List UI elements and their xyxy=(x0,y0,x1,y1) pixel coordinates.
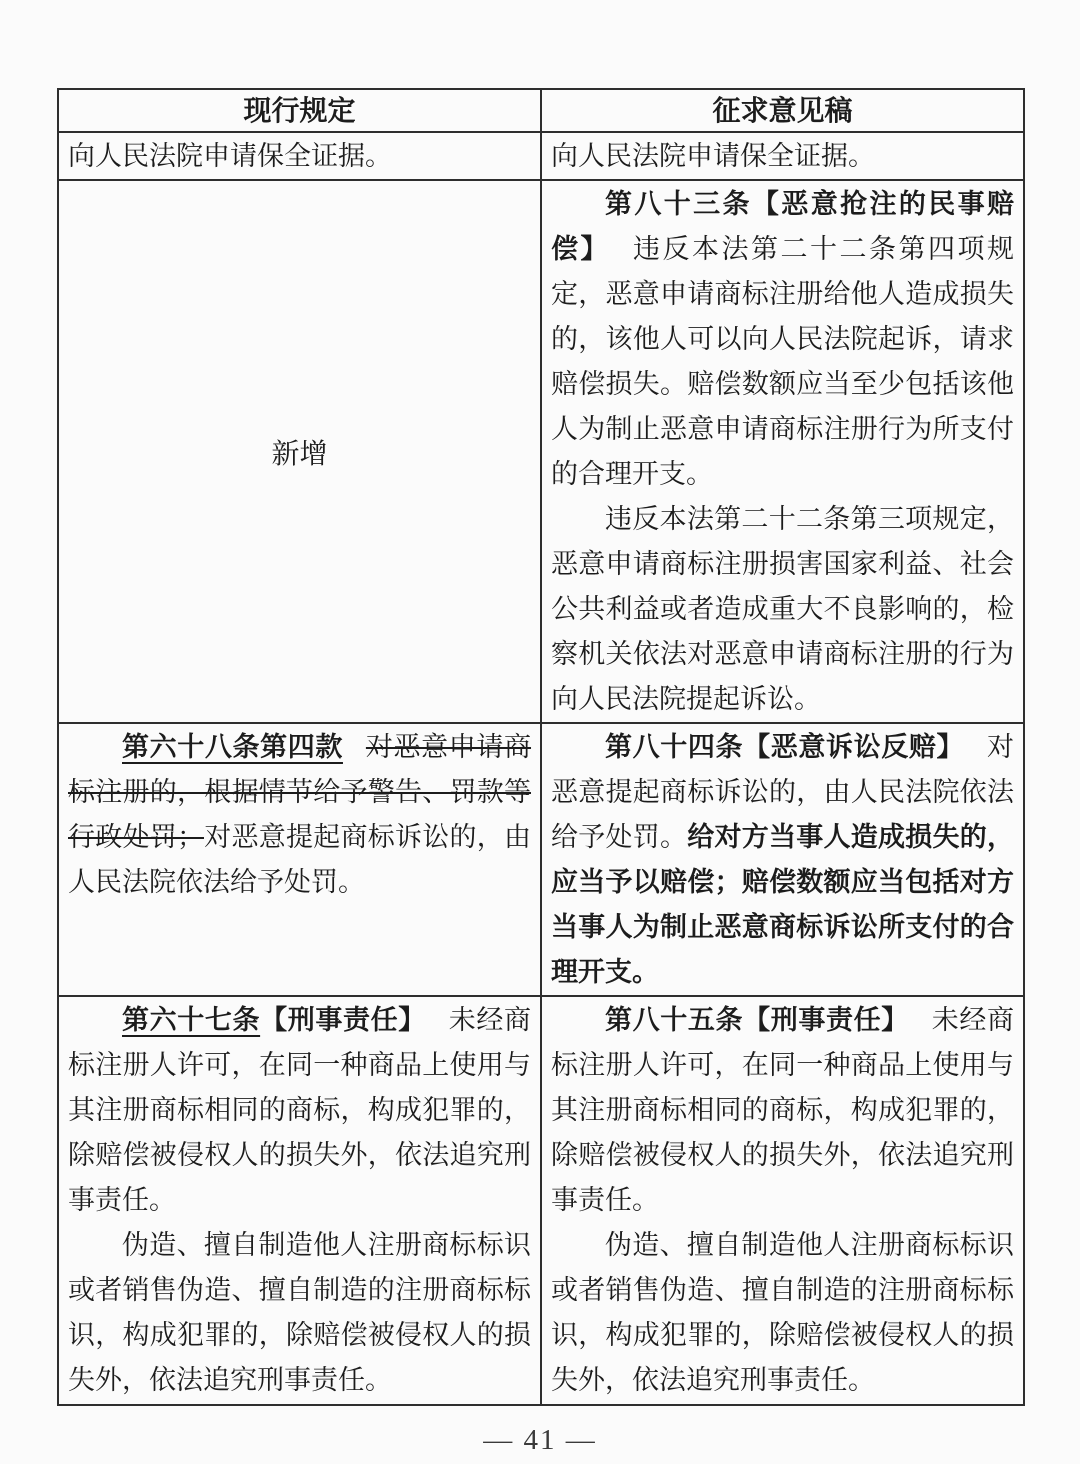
cell-current-article-68: 第六十八条第四款对恶意申请商标注册的，根据情节给予警告、罚款等行政处罚；对恶意提… xyxy=(58,723,541,996)
cell-draft-article-84: 第八十四条【恶意诉讼反赔】对恶意提起商标诉讼的，由人民法院依法给予处罚。给对方当… xyxy=(541,723,1024,996)
cell-current-new-label: 新增 xyxy=(58,180,541,723)
article-83-paragraph-1: 第八十三条【恶意抢注的民事赔偿】违反本法第二十二条第四项规定，恶意申请商标注册给… xyxy=(551,182,1014,497)
article-67-body-1: 未经商标注册人许可，在同一种商品上使用与其注册商标相同的商标，构成犯罪的，除赔偿… xyxy=(68,1005,531,1215)
article-83-paragraph-2: 违反本法第二十二条第三项规定，恶意申请商标注册损害国家利益、社会公共利益或者造成… xyxy=(551,497,1014,722)
cell-draft-article-83: 第八十三条【恶意抢注的民事赔偿】违反本法第二十二条第四项规定，恶意申请商标注册给… xyxy=(541,180,1024,723)
new-article-label: 新增 xyxy=(271,438,327,469)
cell-current-article-67: 第六十七条【刑事责任】未经商标注册人许可，在同一种商品上使用与其注册商标相同的商… xyxy=(58,996,541,1405)
article-85-heading: 第八十五条【刑事责任】 xyxy=(605,1005,909,1035)
article-84-heading: 第八十四条【恶意诉讼反赔】 xyxy=(605,732,964,762)
table-row-carryover: 向人民法院申请保全证据。 向人民法院申请保全证据。 xyxy=(58,132,1024,180)
article-67-bracket-title: 【刑事责任】 xyxy=(260,1005,426,1035)
table-row-malicious-litigation: 第六十八条第四款对恶意申请商标注册的，根据情节给予警告、罚款等行政处罚；对恶意提… xyxy=(58,723,1024,996)
cell-draft-article-85: 第八十五条【刑事责任】未经商标注册人许可，在同一种商品上使用与其注册商标相同的商… xyxy=(541,996,1024,1405)
table-row-new-article: 新增 第八十三条【恶意抢注的民事赔偿】违反本法第二十二条第四项规定，恶意申请商标… xyxy=(58,180,1024,723)
article-85-paragraph-2: 伪造、擅自制造他人注册商标标识或者销售伪造、擅自制造的注册商标标识，构成犯罪的，… xyxy=(551,1223,1014,1403)
cell-current-carryover: 向人民法院申请保全证据。 xyxy=(58,132,541,180)
article-84-paragraph: 第八十四条【恶意诉讼反赔】对恶意提起商标诉讼的，由人民法院依法给予处罚。给对方当… xyxy=(551,725,1014,995)
article-67-paragraph-1: 第六十七条【刑事责任】未经商标注册人许可，在同一种商品上使用与其注册商标相同的商… xyxy=(68,998,531,1223)
article-83-body: 违反本法第二十二条第四项规定，恶意申请商标注册给他人造成损失的，该他人可以向人民… xyxy=(551,234,1014,489)
article-85-body-1: 未经商标注册人许可，在同一种商品上使用与其注册商标相同的商标，构成犯罪的，除赔偿… xyxy=(551,1005,1014,1215)
column-header-draft: 征求意见稿 xyxy=(541,89,1024,132)
article-67-paragraph-2: 伪造、擅自制造他人注册商标标识或者销售伪造、擅自制造的注册商标标识，构成犯罪的，… xyxy=(68,1223,531,1403)
cell-draft-carryover: 向人民法院申请保全证据。 xyxy=(541,132,1024,180)
header-row: 现行规定 征求意见稿 xyxy=(58,89,1024,132)
table-row-criminal-liability: 第六十七条【刑事责任】未经商标注册人许可，在同一种商品上使用与其注册商标相同的商… xyxy=(58,996,1024,1405)
article-85-paragraph-1: 第八十五条【刑事责任】未经商标注册人许可，在同一种商品上使用与其注册商标相同的商… xyxy=(551,998,1014,1223)
article-68-heading: 第六十八条第四款 xyxy=(122,732,343,762)
page-number: — 41 — xyxy=(0,1424,1080,1457)
comparison-table: 现行规定 征求意见稿 向人民法院申请保全证据。 向人民法院申请保全证据。 新增 … xyxy=(57,88,1025,1406)
article-68-paragraph: 第六十八条第四款对恶意申请商标注册的，根据情节给予警告、罚款等行政处罚；对恶意提… xyxy=(68,725,531,905)
document-page: 现行规定 征求意见稿 向人民法院申请保全证据。 向人民法院申请保全证据。 新增 … xyxy=(0,0,1080,1464)
article-67-number: 第六十七条 xyxy=(122,1005,260,1035)
column-header-current: 现行规定 xyxy=(58,89,541,132)
